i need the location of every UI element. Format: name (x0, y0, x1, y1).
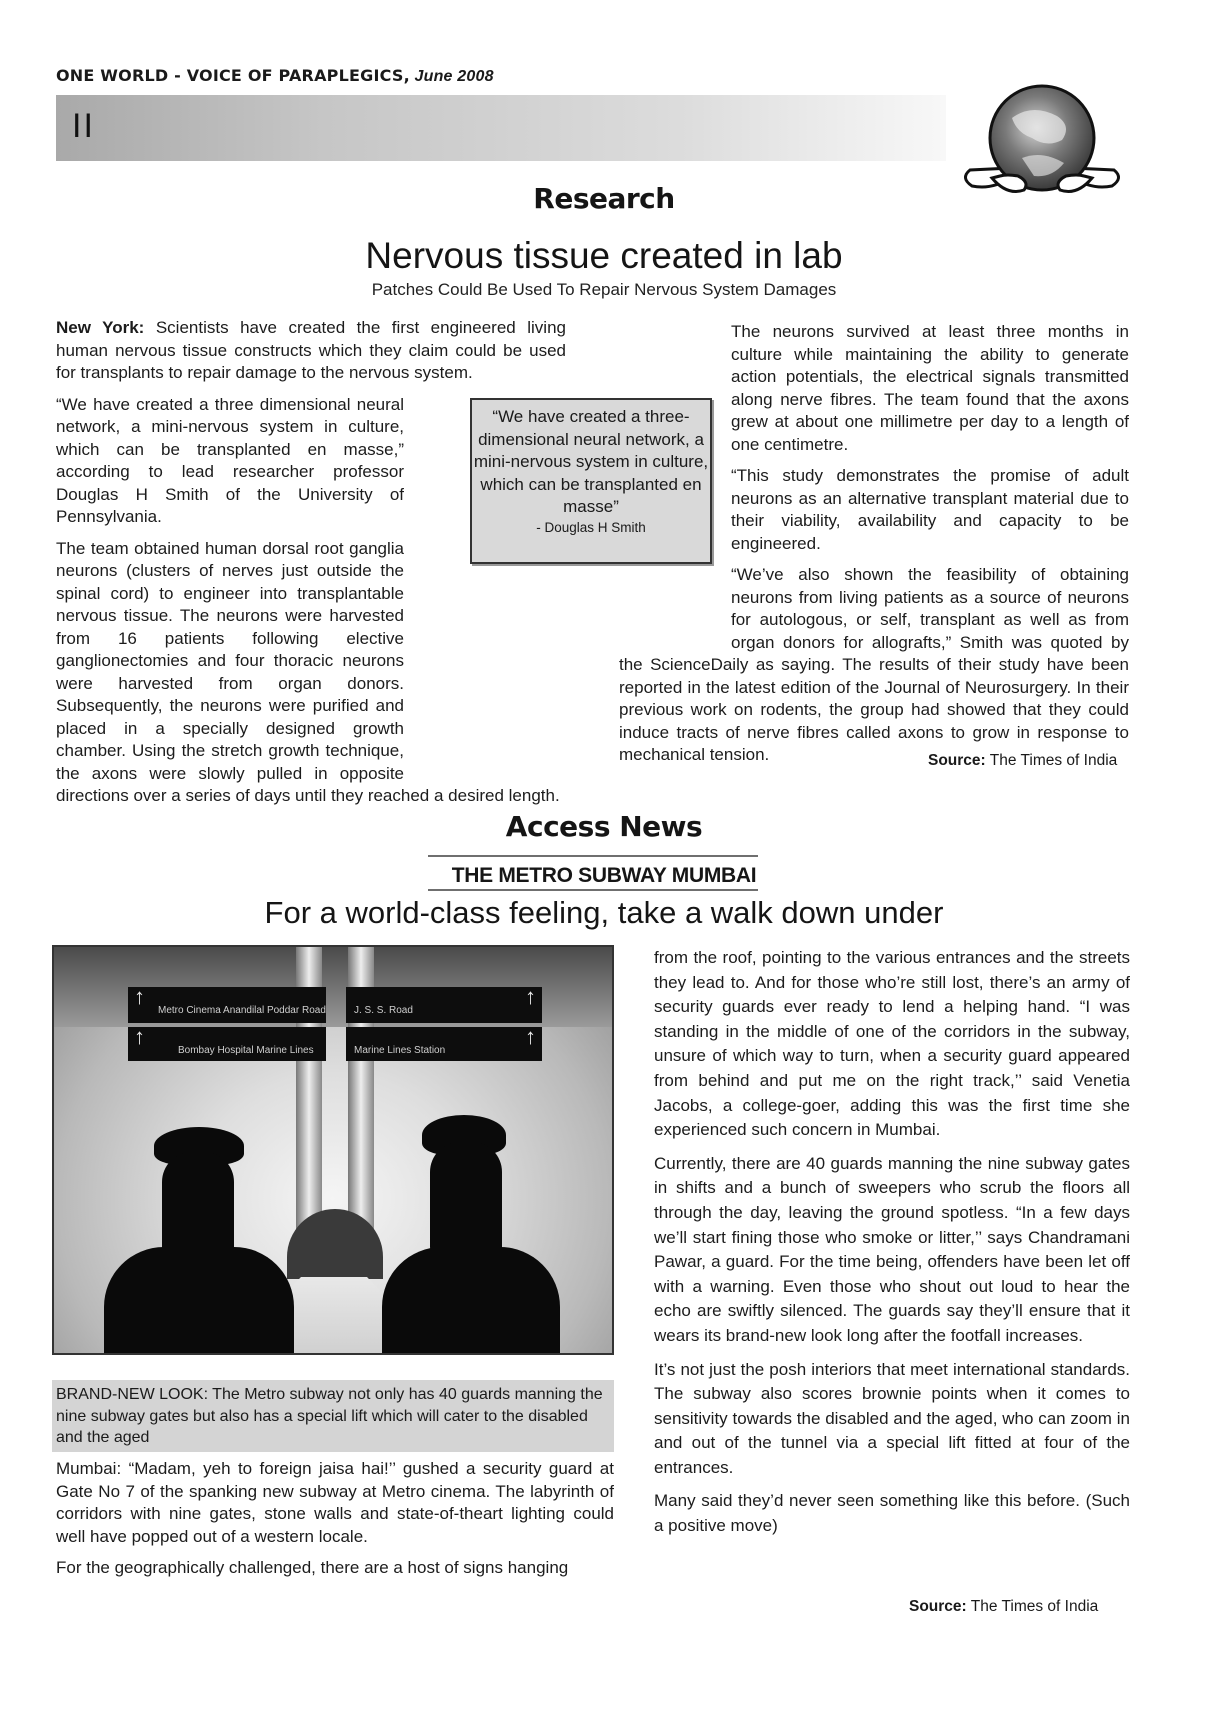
arrow-up-icon: ↑ (525, 1031, 536, 1043)
pullquote-spacer (619, 367, 719, 632)
signboard: Marine Lines Station ↑ (346, 1027, 542, 1061)
publication-name: ONE WORLD - VOICE OF PARAPLEGICS, (56, 66, 410, 85)
photo-caption: BRAND-NEW LOOK: The Metro subway not onl… (52, 1380, 614, 1452)
signboard: J. S. S. Road ↑ (346, 987, 542, 1023)
arrow-up-icon: ↑ (525, 991, 536, 1003)
divider (428, 889, 758, 891)
research-left-column: New York: Scientists have created the fi… (56, 317, 566, 817)
research-subhead: Patches Could Be Used To Repair Nervous … (0, 280, 1208, 300)
access-news-source: Source: The Times of India (909, 1598, 1098, 1616)
section-title-research: Research (0, 182, 1208, 215)
research-right-column: The neurons survived at least three mont… (619, 321, 1129, 776)
signboard: ↑ Bombay Hospital Marine Lines (128, 1027, 326, 1061)
research-paragraph: New York: Scientists have created the fi… (56, 317, 566, 385)
page-number: II (72, 107, 95, 146)
access-paragraph: Currently, there are 40 guards manning t… (654, 1152, 1130, 1349)
page-number-band: II (56, 95, 946, 161)
access-paragraph: Mumbai: “Madam, yeh to foreign jaisa hai… (56, 1458, 614, 1548)
access-paragraph: It’s not just the posh interiors that me… (654, 1358, 1130, 1481)
research-source: Source: The Times of India (928, 752, 1117, 770)
access-news-headline: For a world-class feeling, take a walk d… (0, 895, 1208, 931)
kicker: THE METRO SUBWAY MUMBAI (0, 864, 1208, 888)
issue-date: June 2008 (415, 68, 494, 85)
access-paragraph: For the geographically challenged, there… (56, 1557, 614, 1580)
access-paragraph: Many said they’d never seen something li… (654, 1489, 1130, 1538)
access-right-column: from the roof, pointing to the various e… (654, 946, 1130, 1548)
signboard: ↑ Metro Cinema Anandilal Poddar Road (128, 987, 326, 1023)
access-left-column: Mumbai: “Madam, yeh to foreign jaisa hai… (56, 1458, 614, 1589)
arrow-up-icon: ↑ (134, 991, 145, 1003)
research-headline: Nervous tissue created in lab (0, 235, 1208, 277)
access-paragraph: from the roof, pointing to the various e… (654, 946, 1130, 1143)
dateline: New York: (56, 318, 144, 337)
divider (428, 855, 758, 857)
masthead: ONE WORLD - VOICE OF PARAPLEGICS, June 2… (56, 66, 494, 86)
subway-photo: ↑ Metro Cinema Anandilal Poddar Road J. … (52, 945, 614, 1355)
arrow-up-icon: ↑ (134, 1031, 145, 1043)
section-title-access-news: Access News (0, 810, 1208, 843)
